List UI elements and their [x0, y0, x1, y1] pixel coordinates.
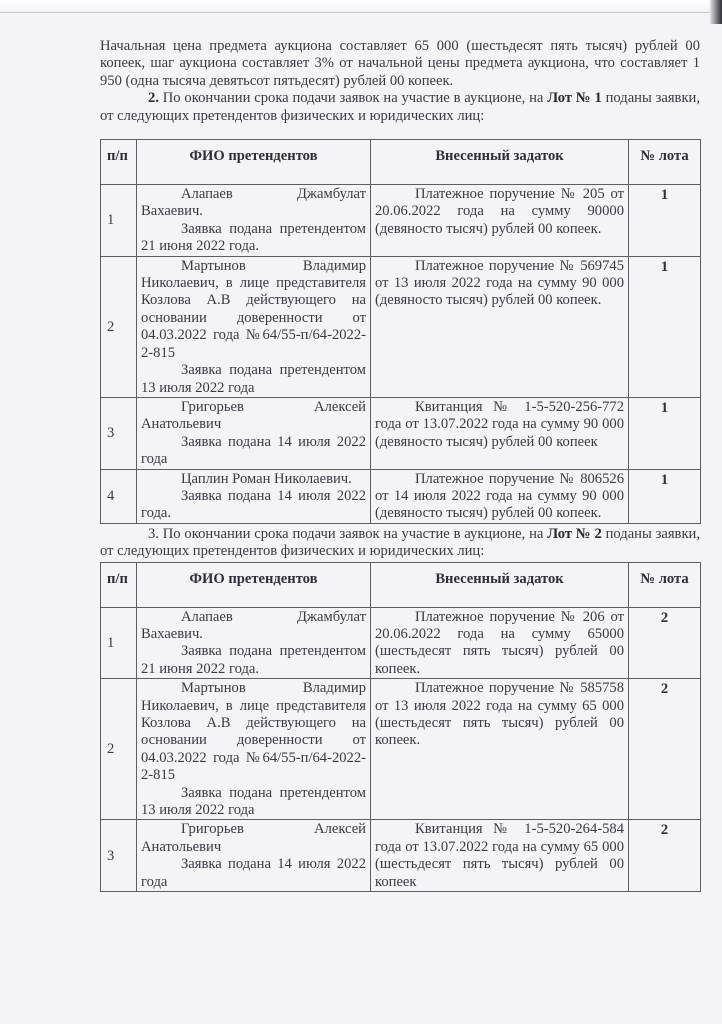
header-num: п/п: [101, 562, 137, 607]
table-row: 2Мартынов Владимир Николаевич, в лице пр…: [101, 679, 701, 820]
applicant-cell: Алапаев Джамбулат Вахаевич.Заявка подана…: [137, 607, 371, 679]
application-filed-date: Заявка подана 14 июля 2022 года: [141, 434, 366, 469]
lot-1-applicants-table: п/п ФИО претендентов Внесенный задаток №…: [100, 139, 701, 524]
section-2-paragraph: 2. По окончании срока подачи заявок на у…: [100, 90, 700, 125]
deposit-cell: Платежное поручение № 585758 от 13 июля …: [371, 679, 629, 820]
application-filed-date: Заявка подана претендентом 13 июля 2022 …: [141, 785, 366, 820]
header-lot: № лота: [629, 562, 701, 607]
applicant-name: Мартынов Владимир Николаевич, в лице пре…: [141, 258, 366, 362]
table-row: 3Григорьев Алексей АнатольевичЗаявка под…: [101, 397, 701, 469]
section-2-number: 2.: [148, 90, 159, 106]
application-filed-date: Заявка подана претендентом 21 июня 2022 …: [141, 221, 366, 256]
application-filed-date: Заявка подана 14 июля 2022 года.: [141, 488, 366, 523]
header-name: ФИО претендентов: [137, 562, 371, 607]
applicant-cell: Григорьев Алексей АнатольевичЗаявка пода…: [137, 820, 371, 892]
lot-2-applicants-table: п/п ФИО претендентов Внесенный задаток №…: [100, 562, 701, 893]
table-row: 4Цаплин Роман Николаевич.Заявка подана 1…: [101, 469, 701, 523]
deposit-details: Квитанция № 1-5-520-264-584 года от 13.0…: [375, 821, 624, 891]
row-number: 4: [101, 469, 137, 523]
row-number: 2: [101, 256, 137, 397]
lot-1-table-body: 1Алапаев Джамбулат Вахаевич.Заявка подан…: [101, 185, 701, 524]
deposit-details: Квитанция № 1-5-520-256-772 года от 13.0…: [375, 399, 624, 451]
lot-2-table-body: 1Алапаев Джамбулат Вахаевич.Заявка подан…: [101, 607, 701, 892]
row-number: 1: [101, 607, 137, 679]
deposit-cell: Платежное поручение № 206 от 20.06.2022 …: [371, 607, 629, 679]
section-2-lot: Лот № 1: [547, 90, 602, 106]
application-filed-date: Заявка подана претендентом 21 июня 2022 …: [141, 643, 366, 678]
table-row: 2Мартынов Владимир Николаевич, в лице пр…: [101, 256, 701, 397]
table-row: 1Алапаев Джамбулат Вахаевич.Заявка подан…: [101, 607, 701, 679]
applicant-cell: Григорьев Алексей АнатольевичЗаявка пода…: [137, 397, 371, 469]
lot-number: 1: [629, 256, 701, 397]
deposit-cell: Платежное поручение № 569745 от 13 июля …: [371, 256, 629, 397]
deposit-details: Платежное поручение № 585758 от 13 июля …: [375, 680, 624, 750]
applicant-name: Алапаев Джамбулат Вахаевич.: [141, 609, 366, 644]
table-row: 3Григорьев Алексей АнатольевичЗаявка под…: [101, 820, 701, 892]
row-number: 3: [101, 820, 137, 892]
deposit-details: Платежное поручение № 206 от 20.06.2022 …: [375, 609, 624, 679]
applicant-name: Алапаев Джамбулат Вахаевич.: [141, 186, 366, 221]
intro-paragraph: Начальная цена предмета аукциона составл…: [100, 38, 700, 90]
row-number: 1: [101, 185, 137, 257]
table-row: 1Алапаев Джамбулат Вахаевич.Заявка подан…: [101, 185, 701, 257]
header-num: п/п: [101, 140, 137, 185]
deposit-cell: Квитанция № 1-5-520-264-584 года от 13.0…: [371, 820, 629, 892]
application-filed-date: Заявка подана претендентом 13 июля 2022 …: [141, 362, 366, 397]
deposit-details: Платежное поручение № 806526 от 14 июля …: [375, 471, 624, 523]
applicant-name: Григорьев Алексей Анатольевич: [141, 821, 366, 856]
table-header-row: п/п ФИО претендентов Внесенный задаток №…: [101, 140, 701, 185]
section-3-paragraph: 3. По окончании срока подачи заявок на у…: [100, 526, 700, 561]
section-3-lot: Лот № 2: [547, 526, 602, 542]
lot-number: 2: [629, 607, 701, 679]
header-lot: № лота: [629, 140, 701, 185]
deposit-cell: Платежное поручение № 806526 от 14 июля …: [371, 469, 629, 523]
header-deposit: Внесенный задаток: [371, 562, 629, 607]
application-filed-date: Заявка подана 14 июля 2022 года: [141, 856, 366, 891]
lot-number: 1: [629, 397, 701, 469]
applicant-cell: Цаплин Роман Николаевич.Заявка подана 14…: [137, 469, 371, 523]
lot-number: 2: [629, 820, 701, 892]
applicant-name: Григорьев Алексей Анатольевич: [141, 399, 366, 434]
applicant-cell: Алапаев Джамбулат Вахаевич.Заявка подана…: [137, 185, 371, 257]
applicant-cell: Мартынов Владимир Николаевич, в лице пре…: [137, 256, 371, 397]
document-page: Начальная цена предмета аукциона составл…: [100, 38, 700, 894]
deposit-details: Платежное поручение № 205 от 20.06.2022 …: [375, 186, 624, 238]
applicant-name: Цаплин Роман Николаевич.: [141, 471, 366, 488]
row-number: 3: [101, 397, 137, 469]
section-3-text: По окончании срока подачи заявок на учас…: [159, 526, 547, 542]
table-header-row: п/п ФИО претендентов Внесенный задаток №…: [101, 562, 701, 607]
deposit-details: Платежное поручение № 569745 от 13 июля …: [375, 258, 624, 310]
lot-number: 2: [629, 679, 701, 820]
row-number: 2: [101, 679, 137, 820]
deposit-cell: Платежное поручение № 205 от 20.06.2022 …: [371, 185, 629, 257]
applicant-cell: Мартынов Владимир Николаевич, в лице пре…: [137, 679, 371, 820]
deposit-cell: Квитанция № 1-5-520-256-772 года от 13.0…: [371, 397, 629, 469]
scan-edge: [0, 0, 722, 13]
applicant-name: Мартынов Владимир Николаевич, в лице пре…: [141, 680, 366, 784]
header-name: ФИО претендентов: [137, 140, 371, 185]
lot-number: 1: [629, 185, 701, 257]
scan-corner-shadow: [710, 0, 722, 24]
section-3-number: 3.: [148, 526, 159, 542]
lot-number: 1: [629, 469, 701, 523]
section-2-text: По окончании срока подачи заявок на учас…: [159, 90, 547, 106]
header-deposit: Внесенный задаток: [371, 140, 629, 185]
